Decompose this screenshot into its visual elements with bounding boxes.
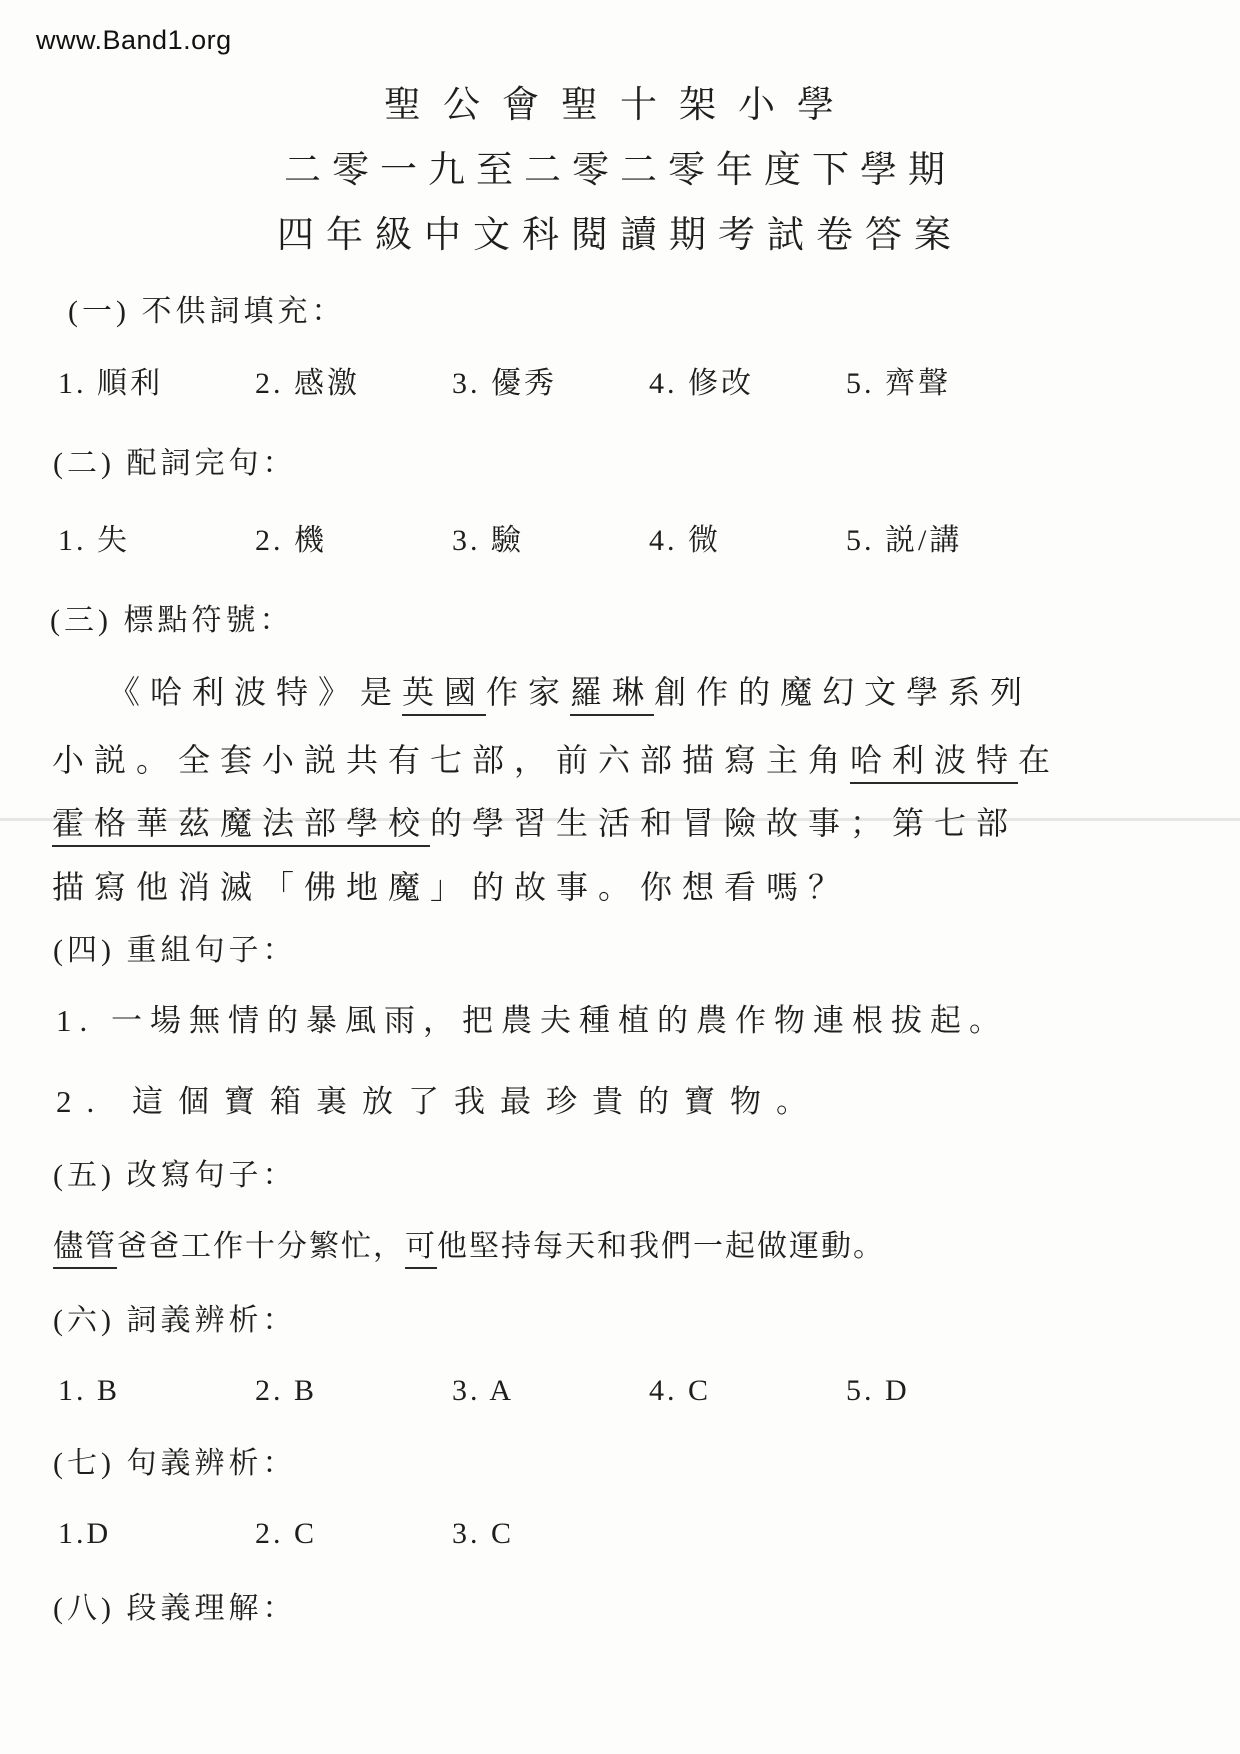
punctuation-paragraph-line-1: 《哈利波特》是英國作家羅琳創作的魔幻文學系列 — [108, 672, 1032, 712]
text-segment: 小説。全套小説共有七部，前六部描寫主角 — [52, 742, 850, 778]
underlined-segment: 儘管 — [53, 1230, 117, 1269]
section-1-answers-row: 1. 順利 2. 感激 3. 優秀 4. 修改 5. 齊聲 — [58, 365, 1220, 403]
section-7-answers-row: 1.D 2. C 3. C — [58, 1515, 1220, 1553]
underlined-segment: 羅琳 — [570, 674, 654, 716]
document-page: www.Band1.org 聖公會聖十架小學 二零一九至二零二零年度下學期 四年… — [0, 0, 1240, 1754]
section-1-heading: (一) 不供詞填充： — [68, 293, 345, 331]
section-4-heading: (四) 重組句子： — [53, 932, 296, 970]
answer-item: 1. 失 — [58, 522, 255, 560]
answer-item: 2. B — [255, 1372, 452, 1410]
answer-item: 3. 驗 — [452, 522, 649, 560]
watermark-url: www.Band1.org — [36, 24, 232, 58]
text-segment: 描寫他消滅「佛地魔」的故事。你想看嗎？ — [52, 869, 850, 905]
answer-item: 3. C — [452, 1515, 514, 1553]
school-name: 聖公會聖十架小學 — [0, 83, 1240, 129]
answer-item: 1. 順利 — [58, 365, 255, 403]
underlined-segment: 英國 — [402, 674, 486, 716]
reordered-sentence-2: 2. 這個寶箱裏放了我最珍貴的寶物。 — [56, 1083, 822, 1122]
answer-item: 2. 機 — [255, 522, 452, 560]
answer-item: 4. 微 — [649, 522, 846, 560]
underlined-segment: 霍格華茲魔法部學校 — [52, 805, 430, 847]
section-7-heading: (七) 句義辨析： — [53, 1445, 296, 1483]
section-6-heading: (六) 詞義辨析： — [53, 1302, 296, 1340]
reordered-sentence-1: 1. 一場無情的暴風雨，把農夫種植的農作物連根拔起。 — [56, 1002, 1008, 1041]
answer-item: 2. C — [255, 1515, 452, 1553]
text-segment: 的學習生活和冒險故事；第七部 — [430, 805, 1018, 841]
answer-item: 5. D — [846, 1372, 910, 1410]
text-segment: 《哈利波特》是 — [108, 674, 402, 710]
underlined-segment: 可 — [405, 1230, 437, 1269]
school-year-term: 二零一九至二零二零年度下學期 — [0, 148, 1240, 194]
answer-item: 2. 感激 — [255, 365, 452, 403]
section-2-heading: (二) 配詞完句： — [53, 445, 296, 483]
section-8-heading: (八) 段義理解： — [53, 1590, 296, 1628]
text-segment: 創作的魔幻文學系列 — [654, 674, 1032, 710]
text-segment: 作家 — [486, 674, 570, 710]
answer-item: 4. 修改 — [649, 365, 846, 403]
answer-item: 3. A — [452, 1372, 649, 1410]
rewritten-sentence: 儘管爸爸工作十分繁忙，可他堅持每天和我們一起做運動。 — [53, 1228, 885, 1266]
text-segment: 在 — [1018, 742, 1060, 778]
section-3-heading: (三) 標點符號： — [50, 602, 293, 640]
answer-item: 5. 説/講 — [846, 522, 962, 560]
answer-item: 3. 優秀 — [452, 365, 649, 403]
underlined-segment: 哈利波特 — [850, 742, 1018, 784]
punctuation-paragraph-line-3: 霍格華茲魔法部學校的學習生活和冒險故事；第七部 — [52, 803, 1018, 843]
section-5-heading: (五) 改寫句子： — [53, 1157, 296, 1195]
answer-item: 1.D — [58, 1515, 255, 1553]
answer-item: 5. 齊聲 — [846, 365, 951, 403]
punctuation-paragraph-line-4: 描寫他消滅「佛地魔」的故事。你想看嗎？ — [52, 867, 850, 907]
section-6-answers-row: 1. B 2. B 3. A 4. C 5. D — [58, 1372, 1220, 1410]
answer-item: 1. B — [58, 1372, 255, 1410]
section-2-answers-row: 1. 失 2. 機 3. 驗 4. 微 5. 説/講 — [58, 522, 1220, 560]
text-segment: 爸爸工作十分繁忙， — [117, 1230, 405, 1263]
punctuation-paragraph-line-2: 小説。全套小説共有七部，前六部描寫主角哈利波特在 — [52, 740, 1060, 780]
text-segment: 他堅持每天和我們一起做運動。 — [437, 1230, 885, 1263]
exam-paper-title: 四年級中文科閱讀期考試卷答案 — [0, 213, 1240, 259]
answer-item: 4. C — [649, 1372, 846, 1410]
scan-artifact-line — [0, 818, 1240, 821]
